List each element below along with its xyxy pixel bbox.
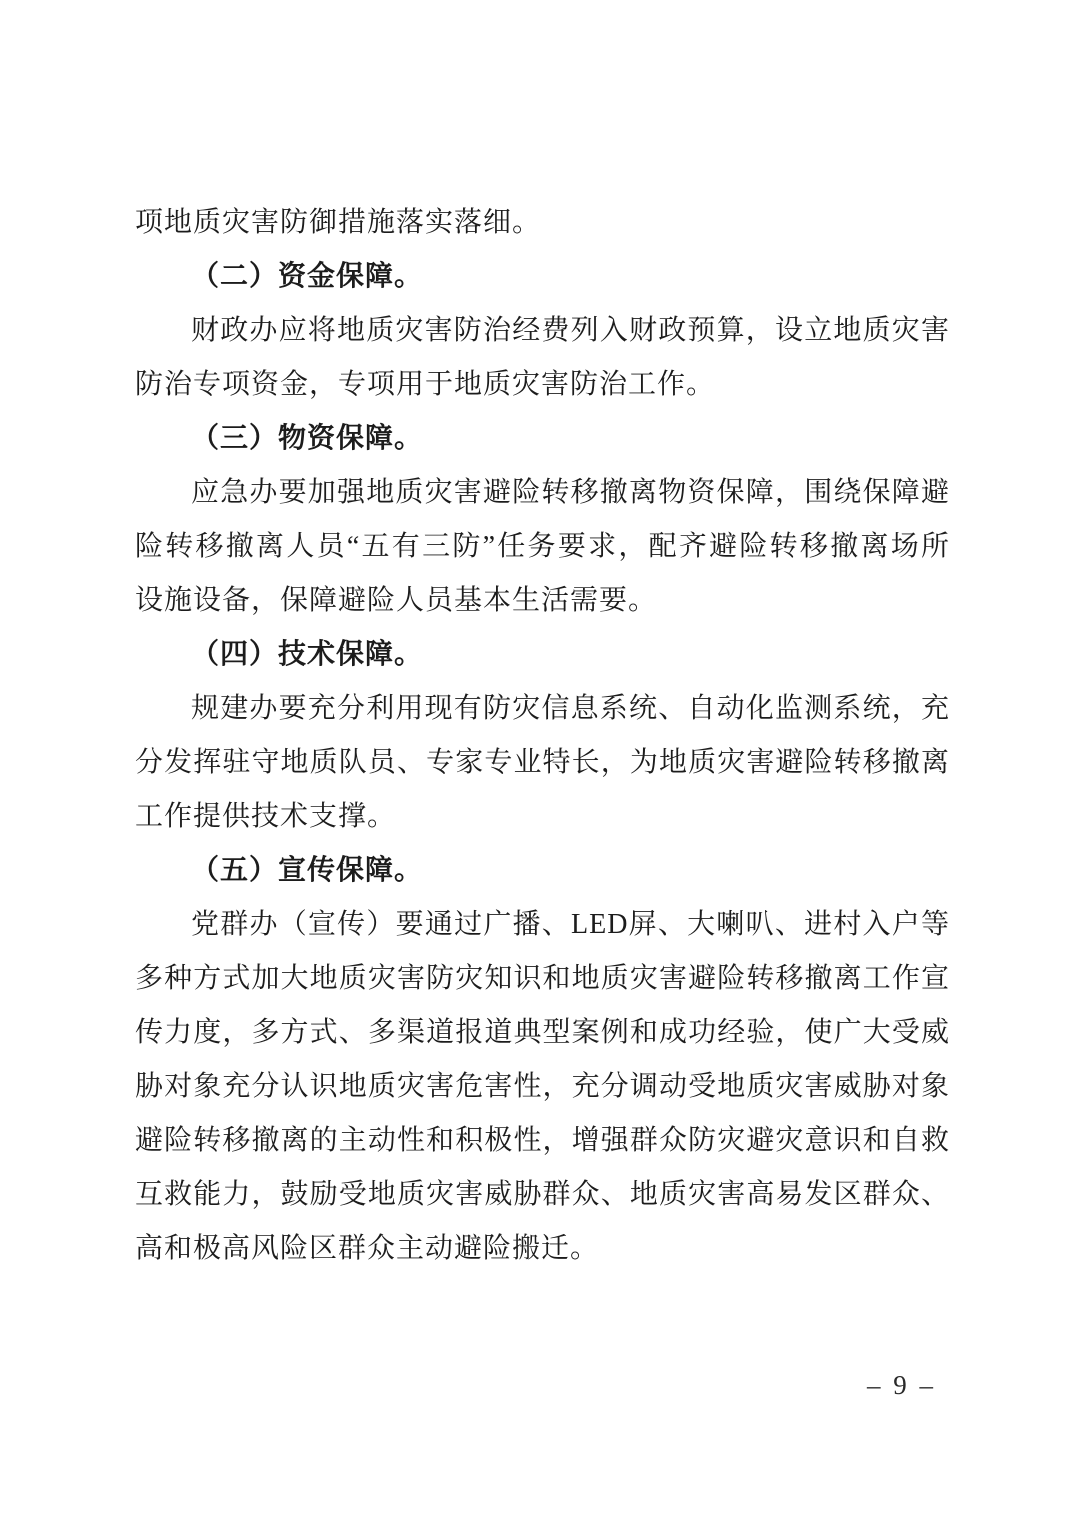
text-line: 应急办要加强地质灾害避险转移撤离物资保障，围绕保障避 [135,466,950,520]
text-line: 分发挥驻守地质队员、专家专业特长，为地质灾害避险转移撤离 [135,736,950,790]
text-line: 防治专项资金，专项用于地质灾害防治工作。 [135,358,950,412]
text-line: 高和极高风险区群众主动避险搬迁。 [135,1222,950,1276]
text-line: 工作提供技术支撑。 [135,790,950,844]
text-line: 互救能力，鼓励受地质灾害威胁群众、地质灾害高易发区群众、 [135,1168,950,1222]
text-line: 胁对象充分认识地质灾害危害性，充分调动受地质灾害威胁对象 [135,1060,950,1114]
text-line: 传力度，多方式、多渠道报道典型案例和成功经验，使广大受威 [135,1006,950,1060]
document-page: 项地质灾害防御措施落实落细。（二）资金保障。财政办应将地质灾害防治经费列入财政预… [0,0,1074,1520]
text-line: 多种方式加大地质灾害防灾知识和地质灾害避险转移撤离工作宣 [135,952,950,1006]
text-line: 险转移撤离人员“五有三防”任务要求，配齐避险转移撤离场所 [135,520,950,574]
text-line: 避险转移撤离的主动性和积极性，增强群众防灾避灾意识和自救 [135,1114,950,1168]
text-line: 党群办（宣传）要通过广播、LED屏、大喇叭、进村入户等 [135,898,950,952]
section-heading: （二）资金保障。 [135,250,950,304]
text-line: 设施设备，保障避险人员基本生活需要。 [135,574,950,628]
page-number: – 9 – [867,1368,936,1402]
text-line: 项地质灾害防御措施落实落细。 [135,196,950,250]
text-line: 财政办应将地质灾害防治经费列入财政预算，设立地质灾害 [135,304,950,358]
document-body: 项地质灾害防御措施落实落细。（二）资金保障。财政办应将地质灾害防治经费列入财政预… [135,196,950,1276]
section-heading: （四）技术保障。 [135,628,950,682]
text-line: 规建办要充分利用现有防灾信息系统、自动化监测系统，充 [135,682,950,736]
section-heading: （五）宣传保障。 [135,844,950,898]
section-heading: （三）物资保障。 [135,412,950,466]
